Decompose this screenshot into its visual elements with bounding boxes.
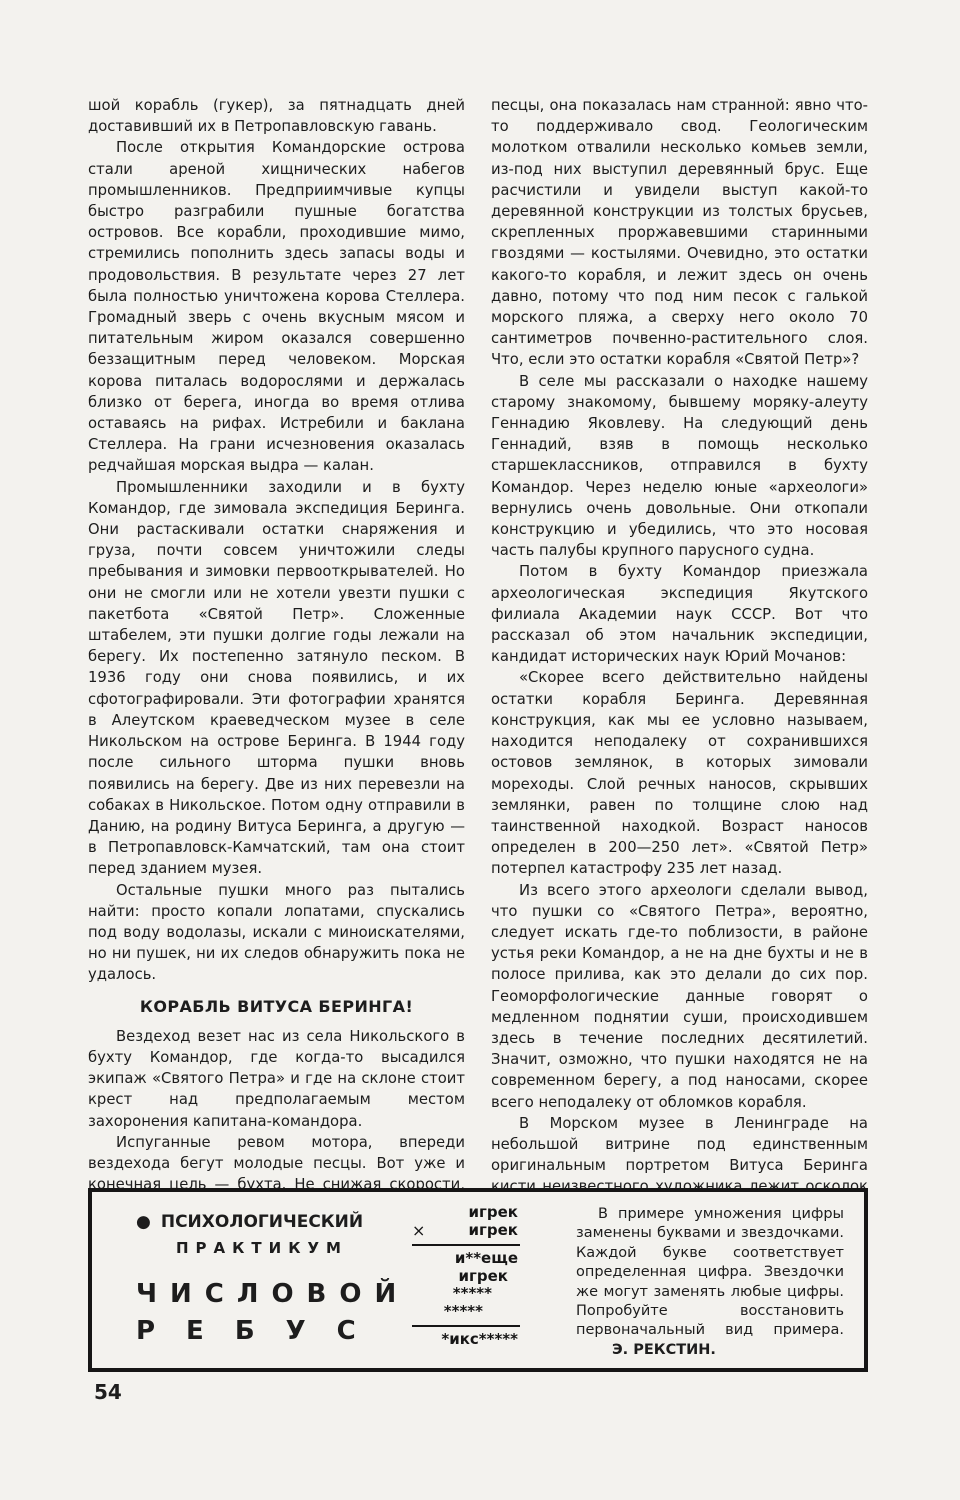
section-heading: КОРАБЛЬ ВИТУСА БЕРИНГА! <box>88 996 465 1017</box>
page-number: 54 <box>94 1380 122 1404</box>
left-column: шой корабль (гукер), за пятнадцать дней … <box>88 95 465 1365</box>
rubric-title: ●ПСИХОЛОГИЧЕСКИЙ <box>136 1212 392 1232</box>
puzzle-partial-product: ***** <box>412 1303 520 1321</box>
bullet-icon: ● <box>136 1212 151 1232</box>
multiply-sign: × <box>412 1222 425 1240</box>
practicum-explanation: В примере умножения цифры заменены буква… <box>542 1192 864 1368</box>
rubric-title-text: ПСИХОЛОГИЧЕСКИЙ <box>161 1212 363 1232</box>
number-rebus-puzzle: игрек × игрек и**еще игрек ***** ***** *… <box>392 1192 542 1368</box>
puzzle-rule <box>412 1325 520 1327</box>
paragraph: песцы, она показалась нам странной: явно… <box>491 95 868 371</box>
puzzle-partial-product: и**еще <box>412 1250 520 1268</box>
paragraph: Потом в бухту Командор приезжала археоло… <box>491 561 868 667</box>
puzzle-author: Э. РЕКСТИН. <box>612 1342 716 1358</box>
puzzle-partial-product: ***** <box>412 1285 520 1303</box>
practicum-rubric: ●ПСИХОЛОГИЧЕСКИЙ ПРАКТИКУМ ЧИСЛОВОЙ РЕБУ… <box>92 1192 392 1368</box>
puzzle-result: *икс***** <box>412 1331 520 1349</box>
paragraph: Промышленники заходили и в бухту Командо… <box>88 477 465 880</box>
right-column: песцы, она показалась нам странной: явно… <box>491 95 868 1365</box>
explanation-text: В примере умножения цифры заменены буква… <box>576 1206 844 1338</box>
puzzle-multiplier: игрек <box>469 1222 520 1240</box>
article-body: шой корабль (гукер), за пятнадцать дней … <box>88 95 868 1365</box>
rebus-title-line1: ЧИСЛОВОЙ <box>136 1279 392 1309</box>
psychological-practicum-box: ●ПСИХОЛОГИЧЕСКИЙ ПРАКТИКУМ ЧИСЛОВОЙ РЕБУ… <box>88 1188 868 1372</box>
rubric-subtitle: ПРАКТИКУМ <box>176 1239 392 1257</box>
paragraph: Остальные пушки много раз пытались найти… <box>88 880 465 986</box>
paragraph: «Скорее всего действительно найдены оста… <box>491 667 868 879</box>
puzzle-rule <box>412 1244 520 1246</box>
paragraph: В селе мы рассказали о находке нашему ст… <box>491 371 868 562</box>
paragraph: После открытия Командорские острова стал… <box>88 137 465 476</box>
puzzle-partial-product: игрек <box>412 1268 520 1286</box>
rebus-title-line2: РЕБУС <box>136 1316 392 1346</box>
paragraph: шой корабль (гукер), за пятнадцать дней … <box>88 95 465 137</box>
paragraph: Из всего этого археологи сделали вывод, … <box>491 880 868 1113</box>
magazine-page: шой корабль (гукер), за пятнадцать дней … <box>0 0 960 1500</box>
paragraph: Вездеход везет нас из села Никольского в… <box>88 1026 465 1132</box>
puzzle-multiplicand: игрек <box>412 1204 520 1222</box>
